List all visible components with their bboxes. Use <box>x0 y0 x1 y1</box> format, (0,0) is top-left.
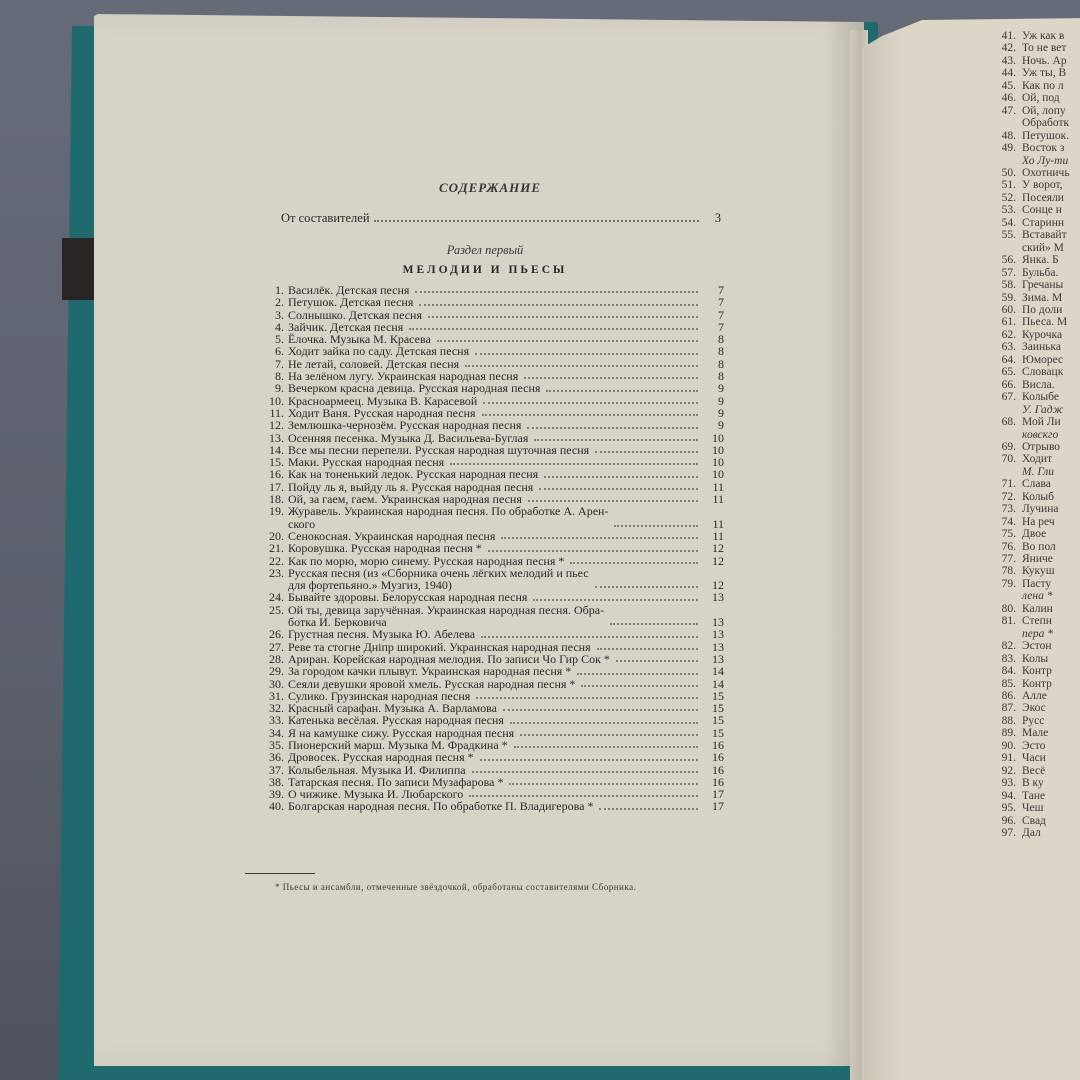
toc-entry-title: У ворот, <box>1022 179 1063 191</box>
toc-entry: 26.Грустная песня. Музыка Ю. Абелева13 <box>262 628 724 640</box>
dot-leader <box>527 427 698 429</box>
toc-entry: 44.Уж ты, В <box>990 67 1080 79</box>
toc-entry-title: Ой ты, девица заручённая. Украинская нар… <box>288 604 604 629</box>
toc-entry-title: Посеяли <box>1022 192 1064 204</box>
toc-entry-number: 19. <box>262 505 288 517</box>
toc-entry-title: Осенняя песенка. Музыка Д. Васильева-Буг… <box>288 432 528 444</box>
dot-leader <box>475 353 698 355</box>
toc-entry-number: 60. <box>990 304 1016 316</box>
footnote-rule <box>245 873 315 874</box>
toc-entry-title: Журавель. Украинская народная песня. По … <box>288 505 608 530</box>
toc-entry-number: 48. <box>990 130 1016 142</box>
toc-entry-body: Русская песня (из «Сборника очень лёгких… <box>288 567 704 592</box>
toc-entry-number: 58. <box>990 279 1016 291</box>
toc-entry-body: Катенька весёлая. Русская народная песня <box>288 714 704 726</box>
dot-leader <box>437 340 698 342</box>
toc-entry-page: 10 <box>704 432 724 444</box>
toc-entry-number: 50. <box>990 167 1016 179</box>
toc-entry-title: Бульба. <box>1022 267 1058 279</box>
toc-entry: 72.Колыб <box>990 491 1080 503</box>
toc-entry-title: Яниче <box>1022 553 1053 565</box>
toc-list-continued: 41.Уж как в42.То не вет43.Ночь. Ар44.Уж … <box>990 30 1080 839</box>
toc-entry: 81.Степн <box>990 615 1080 627</box>
toc-entry-number: 59. <box>990 292 1016 304</box>
toc-entry-title: В ку <box>1022 777 1044 789</box>
dot-leader <box>570 562 698 564</box>
toc-entry-number: 90. <box>990 740 1016 752</box>
toc-entry-number: 71. <box>990 478 1016 490</box>
dot-leader <box>514 746 698 748</box>
toc-entry-title: Колыб <box>1022 491 1054 503</box>
toc-entry: 74.На реч <box>990 516 1080 528</box>
toc-entry: 66.Висла. <box>990 379 1080 391</box>
dot-leader <box>481 636 698 638</box>
dot-leader <box>510 722 698 724</box>
toc-entry-number: 12. <box>262 419 288 431</box>
toc-entry: 41.Уж как в <box>990 30 1080 42</box>
toc-entry-number: 67. <box>990 391 1016 403</box>
dot-leader <box>544 476 698 478</box>
toc-entry-page: 16 <box>704 751 724 763</box>
toc-entry: 2.Петушок. Детская песня7 <box>262 296 724 308</box>
dot-leader <box>488 550 698 552</box>
toc-entry-number: 96. <box>990 815 1016 827</box>
toc-entry-title: Ночь. Ар <box>1022 55 1067 67</box>
toc-entry: 42.То не вет <box>990 42 1080 54</box>
toc-entry: 84.Контр <box>990 665 1080 677</box>
toc-entry: 76.Во пол <box>990 541 1080 553</box>
toc-entry-number: 65. <box>990 366 1016 378</box>
toc-entry-page: 14 <box>704 678 724 690</box>
toc-entry-number: 29. <box>262 665 288 677</box>
toc-entry: 75.Двое <box>990 528 1080 540</box>
toc-entry-number: 66. <box>990 379 1016 391</box>
toc-entry-number: 95. <box>990 802 1016 814</box>
dot-leader <box>539 488 698 490</box>
toc-entry-body: Как по морю, морю синему. Русская народн… <box>288 555 704 567</box>
toc-entry-title: Степн <box>1022 615 1052 627</box>
toc-entry-number: 62. <box>990 329 1016 341</box>
toc-entry-title: Чеш <box>1022 802 1043 814</box>
toc-entry-title: Лучина <box>1022 503 1058 515</box>
toc-entry-title: Янка. Б <box>1022 254 1059 266</box>
toc-entry-title: Двое <box>1022 528 1046 540</box>
toc-entry-title: Ходит <box>1022 453 1052 465</box>
toc-entry-title: Бывайте здоровы. Белорусская народная пе… <box>288 591 527 603</box>
cover-spine-detail <box>62 238 96 300</box>
toc-entry: 63.Заинька <box>990 341 1080 353</box>
toc-entry: 88.Русс <box>990 715 1080 727</box>
toc-entry-title: Сеяли девушки яровой хмель. Русская наро… <box>288 678 575 690</box>
toc-entry-number: 9. <box>262 382 288 394</box>
toc-entry-number: 49. <box>990 142 1016 154</box>
toc-entry: 45.Как по л <box>990 80 1080 92</box>
toc-entry-title: Контр <box>1022 678 1052 690</box>
toc-entry-number: 73. <box>990 503 1016 515</box>
toc-entry-number: 76. <box>990 541 1016 553</box>
toc-entry-number: 40. <box>262 800 288 812</box>
toc-entry-title: Слава <box>1022 478 1051 490</box>
toc-entry-title: То не вет <box>1022 42 1066 54</box>
toc-entry-title: Зима. М <box>1022 292 1062 304</box>
toc-entry-title: Вечерком красна девица. Русская народная… <box>288 382 540 394</box>
toc-entry-body: Грустная песня. Музыка Ю. Абелева <box>288 628 704 640</box>
toc-entry-title: Вставайт <box>1022 229 1067 241</box>
toc-entry-title: Часи <box>1022 752 1046 764</box>
toc-entry-body: Болгарская народная песня. По обработке … <box>288 800 704 812</box>
toc-entry-body: За городом качки плывут. Украинская наро… <box>288 665 704 677</box>
toc-entry-number: 74. <box>990 516 1016 528</box>
toc-entry-continuation: лена * <box>990 590 1080 602</box>
toc-entry-title: Сонце н <box>1022 204 1062 216</box>
toc-intro-row: От составителей 3 <box>281 211 721 227</box>
toc-entry: 65.Словацк <box>990 366 1080 378</box>
toc-entry-number: 16. <box>262 468 288 480</box>
toc-entry-title: Как на тоненький ледок. Русская народная… <box>288 468 538 480</box>
toc-entry-page: 13 <box>704 628 724 640</box>
toc-entry-number: 2. <box>262 296 288 308</box>
dot-leader <box>450 463 698 465</box>
toc-entry: 50.Охотничь <box>990 167 1080 179</box>
dot-leader <box>476 697 698 699</box>
toc-entry: 9.Вечерком красна девица. Русская народн… <box>262 382 724 394</box>
toc-entry-body: Дровосек. Русская народная песня * <box>288 751 704 763</box>
toc-entry-title: Эстон <box>1022 640 1051 652</box>
toc-entry-continuation: М. Гли <box>990 466 1080 478</box>
toc-entry-number: 61. <box>990 316 1016 328</box>
toc-entry-title: Пасту <box>1022 578 1051 590</box>
dot-leader <box>465 365 698 367</box>
dot-leader <box>614 525 698 527</box>
toc-entry-page: 10 <box>704 468 724 480</box>
toc-entry-title: Русс <box>1022 715 1044 727</box>
toc-entry: 55.Вставайт <box>990 229 1080 241</box>
toc-entry: 57.Бульба. <box>990 267 1080 279</box>
dot-leader <box>528 500 698 502</box>
dot-leader <box>546 390 698 392</box>
toc-entry-number: 46. <box>990 92 1016 104</box>
toc-entry-number: 36. <box>262 751 288 763</box>
toc-entry-number: 91. <box>990 752 1016 764</box>
dot-leader <box>374 212 699 222</box>
toc-entry-page: 7 <box>704 296 724 308</box>
toc-intro-label: От составителей <box>281 211 370 226</box>
toc-entry: 97.Дал <box>990 827 1080 839</box>
toc-entry-title: Во пол <box>1022 541 1056 553</box>
toc-entry: 47.Ой, лопу <box>990 105 1080 117</box>
dot-leader <box>472 771 698 773</box>
toc-entry-continuation: пера * <box>990 628 1080 640</box>
toc-entry-title: Старинн <box>1022 217 1064 229</box>
toc-entry-number: 97. <box>990 827 1016 839</box>
toc-entry-title: Висла. <box>1022 379 1055 391</box>
toc-entry: 24.Бывайте здоровы. Белорусская народная… <box>262 591 724 603</box>
dot-leader <box>595 451 698 453</box>
toc-entry-title: Охотничь <box>1022 167 1070 179</box>
toc-entry-title: Уж как в <box>1022 30 1064 42</box>
toc-entry: 93.В ку <box>990 777 1080 789</box>
toc-entry: 16.Как на тоненький ледок. Русская народ… <box>262 468 724 480</box>
toc-entry-page: 11 <box>704 493 724 505</box>
toc-entry-title: Ой, лопу <box>1022 105 1066 117</box>
toc-entry-number: 33. <box>262 714 288 726</box>
toc-entry-number: 89. <box>990 727 1016 739</box>
toc-entry-number: 44. <box>990 67 1016 79</box>
toc-entry: 61.Пьеса. М <box>990 316 1080 328</box>
toc-entry-body: Ходит зайка по саду. Детская песня <box>288 345 704 357</box>
toc-entry-number: 23. <box>262 567 288 579</box>
toc-entry-title: Восток з <box>1022 142 1064 154</box>
dot-leader <box>469 795 698 797</box>
toc-entry-number: 94. <box>990 790 1016 802</box>
toc-entry: 85.Контр <box>990 678 1080 690</box>
toc-entry-title: Алле <box>1022 690 1047 702</box>
toc-entry-number: 82. <box>990 640 1016 652</box>
toc-entry-title: За городом качки плывут. Украинская наро… <box>288 665 571 677</box>
toc-entry: 25.Ой ты, девица заручённая. Украинская … <box>262 604 724 629</box>
toc-entry: 12.Землюшка-чернозём. Русская народная п… <box>262 419 724 431</box>
dot-leader <box>483 402 698 404</box>
toc-entry-number: 26. <box>262 628 288 640</box>
toc-entry: 59.Зима. М <box>990 292 1080 304</box>
toc-entry-title: Кукуш <box>1022 565 1055 577</box>
toc-entry-title: Дал <box>1022 827 1041 839</box>
toc-entry-continuation: У. Гадж <box>990 404 1080 416</box>
toc-entry: 30.Сеяли девушки яровой хмель. Русская н… <box>262 678 724 690</box>
toc-entry-title: Пьеса. М <box>1022 316 1067 328</box>
toc-entry-body: Бывайте здоровы. Белорусская народная пе… <box>288 591 704 603</box>
toc-list: 1.Василёк. Детская песня72.Петушок. Детс… <box>262 284 724 813</box>
toc-entry: 56.Янка. Б <box>990 254 1080 266</box>
toc-entry-number: 55. <box>990 229 1016 241</box>
toc-entry: 79.Пасту <box>990 578 1080 590</box>
toc-entry: 58.Гречаны <box>990 279 1080 291</box>
toc-entry: 46.Ой, под <box>990 92 1080 104</box>
dot-leader <box>520 734 698 736</box>
toc-entry-title: На реч <box>1022 516 1055 528</box>
toc-entry: 68.Мой Ли <box>990 416 1080 428</box>
toc-entry-number: 45. <box>990 80 1016 92</box>
toc-entry-body: Как на тоненький ледок. Русская народная… <box>288 468 704 480</box>
toc-entry-title: Словацк <box>1022 366 1063 378</box>
dot-leader <box>599 808 698 810</box>
toc-entry: 83.Колы <box>990 653 1080 665</box>
toc-entry-number: 43. <box>990 55 1016 67</box>
toc-entry-number: 75. <box>990 528 1016 540</box>
toc-entry-page: 8 <box>704 345 724 357</box>
toc-entry: 90.Эсто <box>990 740 1080 752</box>
toc-entry-number: 83. <box>990 653 1016 665</box>
toc-entry: 33.Катенька весёлая. Русская народная пе… <box>262 714 724 726</box>
toc-entry: 77.Яниче <box>990 553 1080 565</box>
toc-entry-title: Отрыво <box>1022 441 1060 453</box>
toc-entry-page: 9 <box>704 382 724 394</box>
toc-entry-number: 86. <box>990 690 1016 702</box>
dot-leader <box>595 586 698 588</box>
toc-entry-continuation: Хо Лу-ти <box>990 155 1080 167</box>
toc-entry: 6.Ходит зайка по саду. Детская песня8 <box>262 345 724 357</box>
dot-leader <box>533 599 698 601</box>
toc-entry-title: Колыбе <box>1022 391 1059 403</box>
toc-entry-number: 93. <box>990 777 1016 789</box>
toc-entry-title: Петушок. <box>1022 130 1069 142</box>
toc-entry-title: Контр <box>1022 665 1052 677</box>
dot-leader <box>577 673 698 675</box>
toc-entry: 64.Юморес <box>990 354 1080 366</box>
toc-entry-number: 57. <box>990 267 1016 279</box>
toc-entry-title: Заинька <box>1022 341 1061 353</box>
toc-entry-number: 88. <box>990 715 1016 727</box>
toc-entry-number: 77. <box>990 553 1016 565</box>
toc-entry: 73.Лучина <box>990 503 1080 515</box>
toc-entry-title: Как по морю, морю синему. Русская народн… <box>288 555 564 567</box>
toc-entry-number: 92. <box>990 765 1016 777</box>
toc-entry-page: 17 <box>704 800 724 812</box>
toc-entry-page: 9 <box>704 419 724 431</box>
toc-entry-number: 85. <box>990 678 1016 690</box>
toc-entry-title: Уж ты, В <box>1022 67 1066 79</box>
dot-leader <box>509 783 698 785</box>
toc-entry-number: 80. <box>990 603 1016 615</box>
toc-entry-title: Дровосек. Русская народная песня * <box>288 751 474 763</box>
toc-entry-body: Журавель. Украинская народная песня. По … <box>288 505 704 530</box>
toc-entry-title: Мой Ли <box>1022 416 1061 428</box>
toc-entry-page: 12 <box>704 542 724 554</box>
toc-entry-title: Калин <box>1022 603 1053 615</box>
toc-entry-title: Ой, под <box>1022 92 1060 104</box>
toc-entry-continuation: ский» М <box>990 242 1080 254</box>
toc-entry-title: Весё <box>1022 765 1045 777</box>
toc-entry-number: 78. <box>990 565 1016 577</box>
toc-entry: 80.Калин <box>990 603 1080 615</box>
toc-entry-body: Сеяли девушки яровой хмель. Русская наро… <box>288 678 704 690</box>
toc-entry-title: Землюшка-чернозём. Русская народная песн… <box>288 419 521 431</box>
toc-entry-number: 41. <box>990 30 1016 42</box>
toc-entry-number: 53. <box>990 204 1016 216</box>
toc-entry-title: Мале <box>1022 727 1048 739</box>
dot-leader <box>480 759 698 761</box>
toc-entry-body: Коровушка. Русская народная песня * <box>288 542 704 554</box>
toc-entry: 86.Алле <box>990 690 1080 702</box>
toc-entry-title: Петушок. Детская песня <box>288 296 413 308</box>
dot-leader <box>524 377 698 379</box>
toc-entry-number: 68. <box>990 416 1016 428</box>
toc-entry: 49.Восток з <box>990 142 1080 154</box>
dot-leader <box>428 316 698 318</box>
toc-entry-title: Катенька весёлая. Русская народная песня <box>288 714 504 726</box>
toc-entry-number: 13. <box>262 432 288 444</box>
toc-entry-number: 72. <box>990 491 1016 503</box>
toc-entry: 91.Часи <box>990 752 1080 764</box>
toc-entry-page: 14 <box>704 665 724 677</box>
dot-leader <box>482 414 698 416</box>
toc-entry: 87.Экос <box>990 702 1080 714</box>
section-title: МЕЛОДИИ И ПЬЕСЫ <box>395 264 575 276</box>
toc-entry-number: 69. <box>990 441 1016 453</box>
toc-entry-body: Вечерком красна девица. Русская народная… <box>288 382 704 394</box>
toc-entry-body: Осенняя песенка. Музыка Д. Васильева-Буг… <box>288 432 704 444</box>
toc-entry: 36.Дровосек. Русская народная песня *16 <box>262 751 724 763</box>
toc-entry-page: 12 <box>704 555 724 567</box>
toc-entry: 13.Осенняя песенка. Музыка Д. Васильева-… <box>262 432 724 444</box>
toc-entry: 23.Русская песня (из «Сборника очень лёг… <box>262 567 724 592</box>
toc-entry: 71.Слава <box>990 478 1080 490</box>
toc-entry-title: Ходит зайка по саду. Детская песня <box>288 345 469 357</box>
dot-leader <box>610 623 698 625</box>
toc-entry-title: Курочка <box>1022 329 1062 341</box>
toc-entry: 67.Колыбе <box>990 391 1080 403</box>
toc-entry-number: 21. <box>262 542 288 554</box>
dot-leader <box>581 685 698 687</box>
dot-leader <box>616 660 698 662</box>
toc-entry-number: 84. <box>990 665 1016 677</box>
dot-leader <box>409 328 698 330</box>
toc-entry-number: 52. <box>990 192 1016 204</box>
toc-entry: 92.Весё <box>990 765 1080 777</box>
toc-entry: 69.Отрыво <box>990 441 1080 453</box>
toc-entry: 94.Тане <box>990 790 1080 802</box>
dot-leader <box>501 537 698 539</box>
toc-entry-title: Русская песня (из «Сборника очень лёгких… <box>288 567 589 592</box>
dot-leader <box>597 648 698 650</box>
toc-entry-title: Юморес <box>1022 354 1063 366</box>
toc-entry-number: 79. <box>990 578 1016 590</box>
toc-entry-continuation: ковскго <box>990 429 1080 441</box>
toc-entry-title: Грустная песня. Музыка Ю. Абелева <box>288 628 475 640</box>
toc-entry: 48.Петушок. <box>990 130 1080 142</box>
toc-entry-number: 25. <box>262 604 288 616</box>
toc-entry-number: 87. <box>990 702 1016 714</box>
toc-entry: 95.Чеш <box>990 802 1080 814</box>
toc-entry: 40.Болгарская народная песня. По обработ… <box>262 800 724 812</box>
toc-entry: 43.Ночь. Ар <box>990 55 1080 67</box>
toc-entry-number: 6. <box>262 345 288 357</box>
toc-entry-number: 42. <box>990 42 1016 54</box>
toc-entry-title: Тане <box>1022 790 1045 802</box>
toc-entry-number: 64. <box>990 354 1016 366</box>
toc-entry-title: Свад <box>1022 815 1046 827</box>
toc-entry-title: Эсто <box>1022 740 1045 752</box>
toc-entry-body: Петушок. Детская песня <box>288 296 704 308</box>
toc-entry: 51.У ворот, <box>990 179 1080 191</box>
toc-entry: 62.Курочка <box>990 329 1080 341</box>
toc-entry-page: 13 <box>704 591 724 603</box>
footnote: * Пьесы и ансамбли, отмеченные звёздочко… <box>245 881 715 893</box>
toc-entry: 96.Свад <box>990 815 1080 827</box>
toc-entry: 89.Мале <box>990 727 1080 739</box>
toc-entry: 54.Старинн <box>990 217 1080 229</box>
toc-entry: 82.Эстон <box>990 640 1080 652</box>
toc-entry-title: Экос <box>1022 702 1046 714</box>
toc-entry-page: 15 <box>704 714 724 726</box>
toc-entry-number: 81. <box>990 615 1016 627</box>
toc-intro-page: 3 <box>703 211 721 226</box>
toc-entry: 52.Посеяли <box>990 192 1080 204</box>
toc-entry-number: 54. <box>990 217 1016 229</box>
toc-entry: 53.Сонце н <box>990 204 1080 216</box>
toc-entry-number: 56. <box>990 254 1016 266</box>
toc-entry: 78.Кукуш <box>990 565 1080 577</box>
toc-entry-title: Колы <box>1022 653 1048 665</box>
toc-entry: 70.Ходит <box>990 453 1080 465</box>
dot-leader <box>419 304 698 306</box>
toc-entry-number: 30. <box>262 678 288 690</box>
toc-entry-body: Землюшка-чернозём. Русская народная песн… <box>288 419 704 431</box>
dot-leader <box>503 709 698 711</box>
toc-entry: 60.По доли <box>990 304 1080 316</box>
toc-entry: 29.За городом качки плывут. Украинская н… <box>262 665 724 677</box>
toc-entry: 22.Как по морю, морю синему. Русская нар… <box>262 555 724 567</box>
